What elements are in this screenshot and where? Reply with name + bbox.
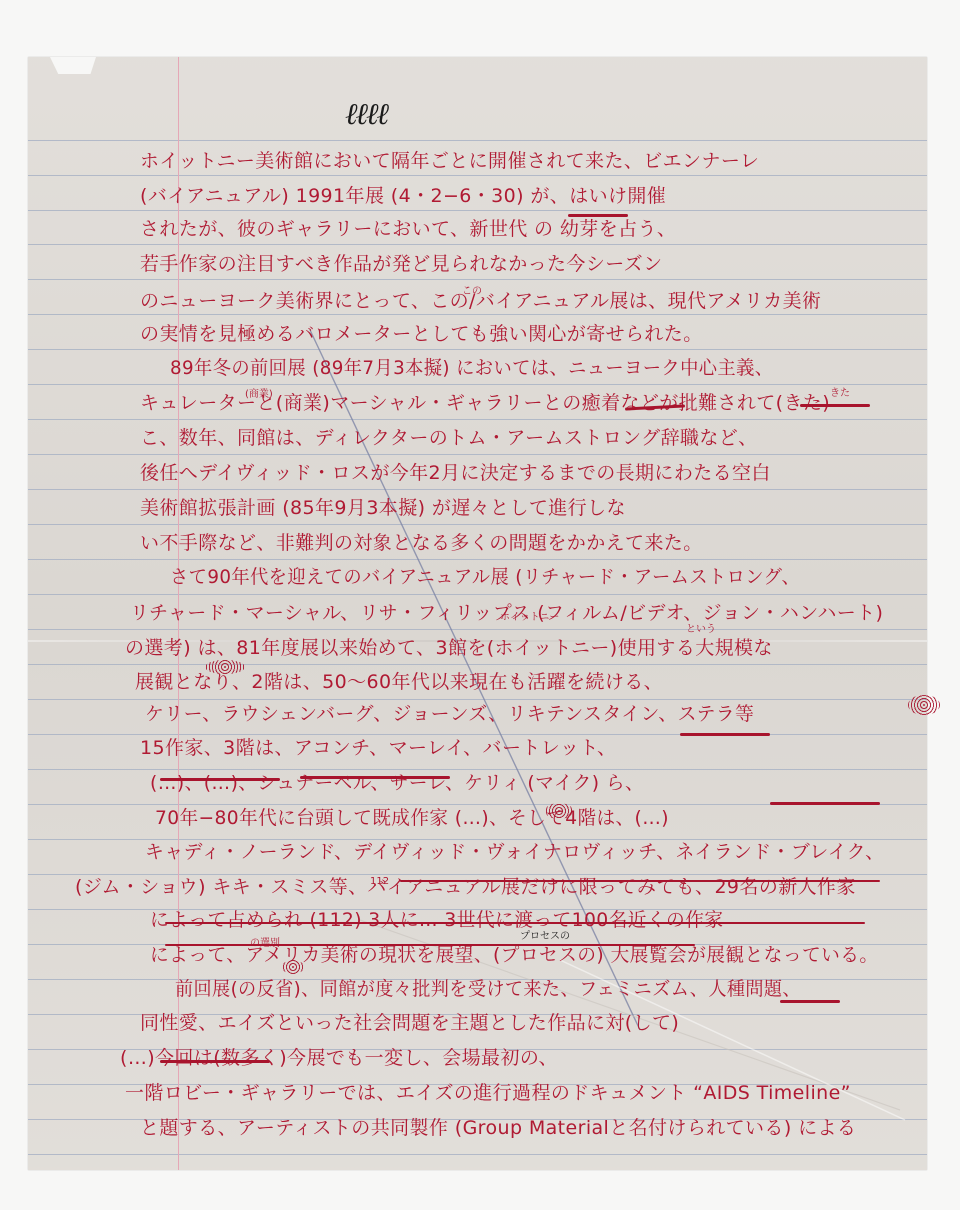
rule-line [28, 244, 927, 245]
strikethrough [568, 214, 628, 217]
rule-line [28, 699, 927, 700]
rule-line [28, 489, 927, 490]
manuscript-line: の選考) は、81年度展以来始めて、3館を(ホイットニー)使用する大規模な [125, 637, 905, 659]
rule-line [28, 559, 927, 560]
annotation: の選別 [250, 934, 280, 949]
manuscript-line: 15作家、3階は、アコンチ、マーレイ、バートレット、 [140, 737, 920, 759]
rule-line [28, 349, 927, 350]
ink-scribble [908, 695, 940, 715]
manuscript-line: 展観となり、2階は、50〜60年代以来現在も活躍を続ける、 [135, 671, 915, 693]
manuscript-line: と題する、アーティストの共同製作 (Group Materialと名付けられてい… [140, 1117, 920, 1139]
rule-line [28, 734, 927, 735]
strikethrough [160, 1060, 270, 1063]
rule-line [28, 874, 927, 875]
manuscript-line: 一階ロビー・ギャラリーでは、エイズの進行過程のドキュメント “AIDS Time… [125, 1082, 905, 1104]
manuscript-line: さて90年代を迎えてのバイアニュアル展 (リチャード・アームストロング、 [170, 566, 920, 588]
strikethrough [160, 778, 280, 781]
rule-line [28, 140, 927, 141]
manuscript-line: 89年冬の前回展 (89年7月3本擬) においては、ニューヨーク中心主義、 [170, 357, 920, 379]
rule-line [28, 314, 927, 315]
annotation: プロセスの [520, 927, 570, 942]
manuscript-line: されたが、彼のギャラリーにおいて、新世代 の 幼芽を占う、 [140, 218, 920, 240]
manuscript-line: い不手際など、非難判の対象となる多くの問題をかかえて来た。 [140, 532, 920, 554]
strikethrough [400, 880, 880, 882]
manuscript-line: のニューヨーク美術界にとって、この/バイアニュアル展は、現代アメリカ美術 [140, 290, 920, 312]
strikethrough [300, 776, 450, 779]
manuscript-line: 同性愛、エイズといった社会問題を主題とした作品に対(して) [140, 1012, 920, 1034]
manuscript-line: の実情を見極めるバロメーターとしても強い関心が寄せられた。 [140, 323, 920, 345]
annotation: という [686, 620, 716, 635]
ink-scribble [205, 660, 245, 674]
annotation: (商業) [245, 385, 273, 400]
rule-line [28, 1154, 927, 1155]
ink-scribble [282, 960, 304, 974]
manuscript-line: 若手作家の注目すべき作品が発ど見られなかった今シーズン [140, 253, 920, 275]
manuscript-line: ホイットニー美術館において隔年ごとに開催されて来た、ビエンナーレ [140, 150, 920, 172]
rule-line [28, 629, 927, 630]
rule-line [28, 839, 927, 840]
strikethrough [770, 802, 880, 805]
manuscript-line: キャディ・ノーランド、デイヴィッド・ヴォイナロヴィッチ、ネイランド・ブレイク、 [145, 841, 920, 863]
manuscript-line: こ、数年、同館は、ディレクターのトム・アームストロング辞職など、 [140, 427, 920, 449]
strikethrough [165, 944, 695, 946]
manuscript-line: (バイアニュアル) 1991年展 (4・2−6・30) が、はいけ開催 [140, 185, 920, 207]
manuscript-line: (…)、(…)、シュナーベル、サーレ、ケリィ (マイク) ら、 [150, 772, 920, 794]
manuscript-line: (…)今回は(数多く)今展でも一変し、会場最初の、 [120, 1047, 900, 1069]
annotation: この [462, 282, 482, 297]
manuscript-line: 後任へデイヴィッド・ロスが今年2月に決定するまでの長期にわたる空白 [140, 462, 920, 484]
rule-line [28, 594, 927, 595]
rule-line [28, 769, 927, 770]
annotation: きた [830, 384, 850, 399]
annotation: ホイットニー [500, 608, 559, 623]
rule-line [28, 454, 927, 455]
manuscript-line: ケリー、ラウシェンバーグ、ジョーンズ、リキテンスタイン、ステラ等 [145, 703, 920, 725]
rule-line [28, 664, 927, 665]
strikethrough [780, 1000, 840, 1003]
rule-line [28, 210, 927, 211]
rule-line [28, 384, 927, 385]
rule-line [28, 524, 927, 525]
rule-line [28, 175, 927, 176]
ink-scribble [545, 803, 573, 819]
strikethrough [680, 733, 770, 736]
manuscript-line: 70年−80年代に台頭して既成作家 (…)、そして4階は、(…) [155, 807, 920, 829]
strikethrough [800, 404, 870, 407]
manuscript-line: 美術館拡張計画 (85年9月3本擬) が遅々として進行しな [140, 497, 920, 519]
rule-line [28, 419, 927, 420]
annotation: 112 [370, 876, 389, 887]
title-mark: ℓℓℓℓ [345, 97, 387, 132]
manuscript-line: 前回展(の反省)、同館が度々批判を受けて来た、フェミニズム、人種問題、 [175, 978, 920, 1000]
strikethrough [165, 922, 865, 924]
rule-line [28, 279, 927, 280]
